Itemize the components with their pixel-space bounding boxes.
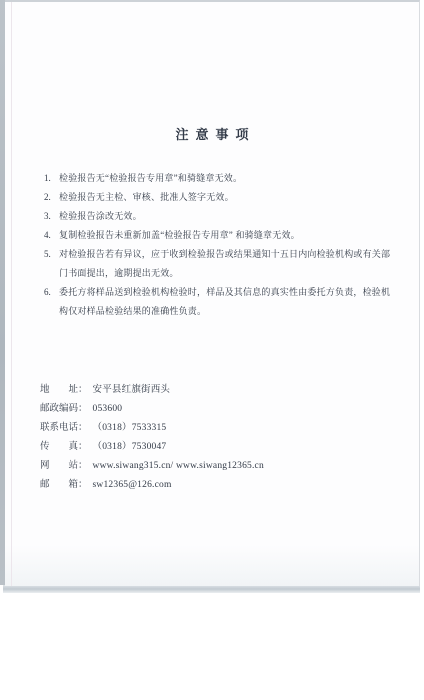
document-page: 注意事项 1. 检验报告无“检验报告专用章”和骑缝章无效。 2. 检验报告无主检… bbox=[5, 0, 420, 586]
contact-value: 053600 bbox=[93, 400, 123, 419]
page-bottom-edge bbox=[3, 585, 420, 593]
note-text: 委托方将样品送到检验机构检验时，样品及其信息的真实性由委托方负责，检验机构仅对样… bbox=[59, 283, 393, 321]
contact-label: 邮政编码： bbox=[40, 400, 88, 419]
contact-label: 联系电话： bbox=[40, 419, 88, 438]
page-crease-line bbox=[11, 2, 12, 586]
note-number: 3. bbox=[44, 207, 59, 226]
contact-row: 传 真： （0318）7530047 bbox=[40, 438, 389, 457]
contact-label: 邮 箱： bbox=[40, 476, 88, 495]
contact-value: （0318）7530047 bbox=[93, 438, 167, 457]
notes-list: 1. 检验报告无“检验报告专用章”和骑缝章无效。 2. 检验报告无主检、审核、批… bbox=[44, 169, 393, 321]
contact-block: 地 址： 安平县红旗街西头 邮政编码： 053600 联系电话： （0318）7… bbox=[40, 381, 389, 495]
contact-row: 网 站： www.siwang315.cn/ www.siwang12365.c… bbox=[40, 457, 389, 476]
note-number: 6. bbox=[44, 283, 59, 302]
note-number: 4. bbox=[44, 226, 59, 245]
note-number: 1. bbox=[44, 169, 59, 188]
note-text: 检验报告无主检、审核、批准人签字无效。 bbox=[59, 188, 393, 207]
contact-label: 网 站： bbox=[40, 457, 88, 476]
note-number: 5. bbox=[44, 245, 59, 264]
note-number: 2. bbox=[44, 188, 59, 207]
note-text: 复制检验报告未重新加盖“检验报告专用章” 和骑缝章无效。 bbox=[59, 226, 393, 245]
contact-row: 邮政编码： 053600 bbox=[40, 400, 389, 419]
contact-label: 地 址： bbox=[40, 381, 88, 400]
contact-value: sw12365@126.com bbox=[93, 476, 172, 495]
note-item: 6. 委托方将样品送到检验机构检验时，样品及其信息的真实性由委托方负责，检验机构… bbox=[44, 283, 393, 321]
note-item: 2. 检验报告无主检、审核、批准人签字无效。 bbox=[44, 188, 393, 207]
contact-label: 传 真： bbox=[40, 438, 88, 457]
note-text: 检验报告涂改无效。 bbox=[59, 207, 393, 226]
note-item: 1. 检验报告无“检验报告专用章”和骑缝章无效。 bbox=[44, 169, 393, 188]
contact-row: 地 址： 安平县红旗街西头 bbox=[40, 381, 389, 400]
note-item: 4. 复制检验报告未重新加盖“检验报告专用章” 和骑缝章无效。 bbox=[44, 226, 393, 245]
page-title: 注意事项 bbox=[5, 124, 419, 143]
contact-value: 安平县红旗街西头 bbox=[93, 381, 171, 400]
contact-value: www.siwang315.cn/ www.siwang12365.cn bbox=[93, 457, 264, 476]
contact-row: 联系电话： （0318）7533315 bbox=[40, 419, 389, 438]
scanned-document-view: 注意事项 1. 检验报告无“检验报告专用章”和骑缝章无效。 2. 检验报告无主检… bbox=[0, 0, 424, 700]
note-text: 对检验报告若有异议，应于收到检验报告或结果通知十五日内向检验机构或有关部门书面提… bbox=[59, 245, 393, 283]
note-text: 检验报告无“检验报告专用章”和骑缝章无效。 bbox=[59, 169, 393, 188]
note-item: 5. 对检验报告若有异议，应于收到检验报告或结果通知十五日内向检验机构或有关部门… bbox=[44, 245, 393, 283]
note-item: 3. 检验报告涂改无效。 bbox=[44, 207, 393, 226]
contact-row: 邮 箱： sw12365@126.com bbox=[40, 476, 389, 495]
contact-value: （0318）7533315 bbox=[93, 419, 167, 438]
